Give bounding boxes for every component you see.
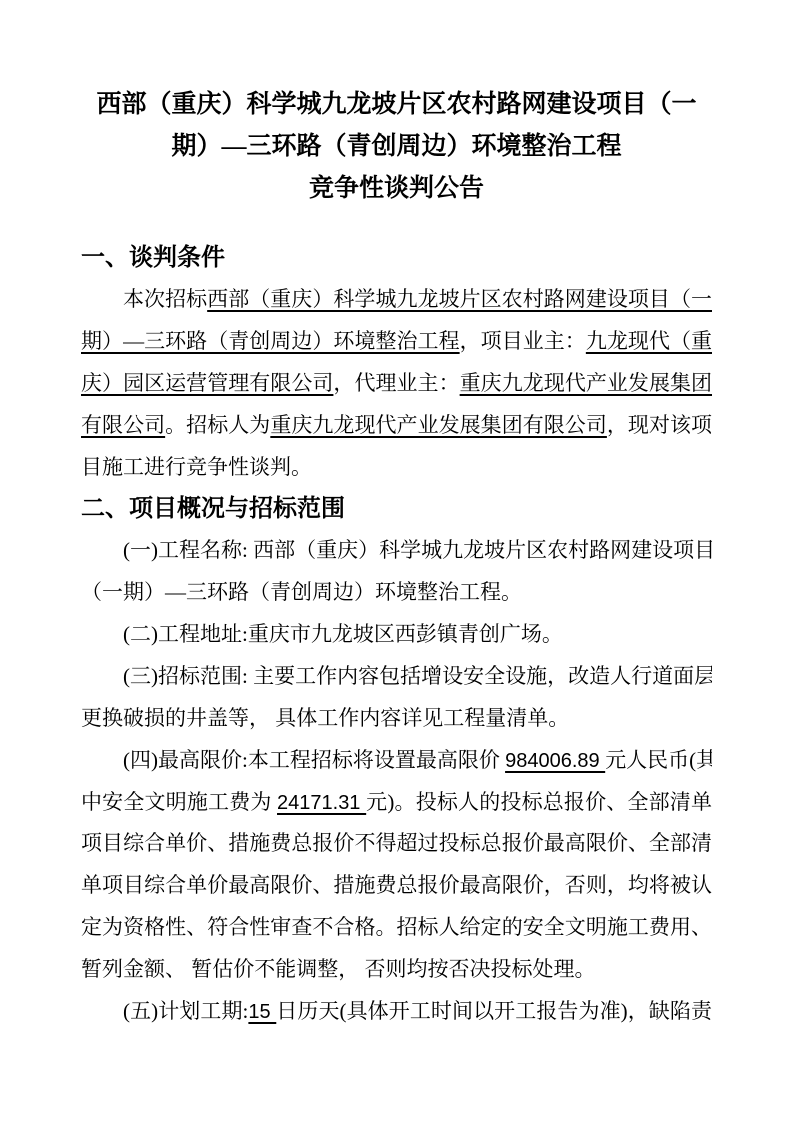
text-line: (二)工程地址:重庆市九龙坡区西彭镇青创广场。 (81, 614, 712, 656)
text-line: 目施工进行竞争性谈判。 (81, 447, 712, 489)
document-title-line-1: 西部（重庆）科学城九龙坡片区农村路网建设项目（一 (81, 84, 712, 126)
text-line: 中安全文明施工费为 24171.31 元)。投标人的投标总报价、全部清单 (81, 782, 712, 824)
text-segment: 元)。投标人的投标总报价、全部清单 (366, 790, 712, 814)
text-segment: ，项目业主： (460, 329, 586, 353)
text-line: 有限公司。招标人为重庆九龙现代产业发展集团有限公司，现对该项 (81, 405, 712, 447)
underlined-text: 重庆九龙现代产业发展集团 (460, 371, 712, 395)
section-heading: 二、项目概况与招标范围 (81, 489, 712, 531)
text-segment: ，代理业主： (333, 371, 459, 395)
text-segment: （一期）—三环路（青创周边）环境整治工程。 (81, 580, 522, 604)
text-segment: 中安全文明施工费为 (81, 790, 277, 814)
section-heading: 一、谈判条件 (81, 238, 712, 280)
document-title: 西部（重庆）科学城九龙坡片区农村路网建设项目（一 期）—三环路（青创周边）环境整… (81, 84, 712, 210)
text-line: (五)计划工期:15 日历天(具体开工时间以开工报告为准)，缺陷责 (81, 991, 712, 1033)
text-line: （一期）—三环路（青创周边）环境整治工程。 (81, 572, 712, 614)
text-segment: 。招标人为 (165, 413, 270, 437)
text-line: (四)最高限价:本工程招标将设置最高限价 984006.89 元人民币(其 (81, 740, 712, 782)
text-segment: 更换破损的井盖等， 具体工作内容详见工程量清单。 (81, 706, 569, 730)
document-body: 一、谈判条件本次招标西部（重庆）科学城九龙坡片区农村路网建设项目（一期）—三环路… (81, 238, 712, 1033)
text-segment: 定为资格性、符合性审查不合格。招标人给定的安全文明施工费用、 (81, 915, 712, 939)
underlined-text: 期）—三环路（青创周边）环境整治工程 (81, 329, 460, 353)
text-segment: (一)工程名称: 西部（重庆）科学城九龙坡片区农村路网建设项目 (123, 538, 712, 562)
text-line: 定为资格性、符合性审查不合格。招标人给定的安全文明施工费用、 (81, 907, 712, 949)
text-segment: (四)最高限价:本工程招标将设置最高限价 (123, 748, 505, 772)
text-segment: 日历天(具体开工时间以开工报告为准)，缺陷责 (276, 999, 712, 1023)
text-line: 单项目综合单价最高限价、措施费总报价最高限价，否则，均将被认 (81, 865, 712, 907)
text-segment: ，现对该项 (607, 413, 712, 437)
text-segment: 本次招标 (123, 287, 207, 311)
document-page: 西部（重庆）科学城九龙坡片区农村路网建设项目（一 期）—三环路（青创周边）环境整… (0, 0, 793, 1122)
document-title-line-3: 竞争性谈判公告 (81, 168, 712, 210)
text-segment: 单项目综合单价最高限价、措施费总报价最高限价，否则，均将被认 (81, 873, 712, 897)
text-segment: (三)招标范围: 主要工作内容包括增设安全设施，改造人行道面层， (123, 664, 712, 688)
document-title-line-2: 期）—三环路（青创周边）环境整治工程 (81, 126, 712, 168)
text-segment: 二、项目概况与招标范围 (81, 496, 345, 522)
text-segment: 暂列金额、 暂估价不能调整， 否则均按否决投标处理。 (81, 957, 596, 981)
text-segment: 目施工进行竞争性谈判。 (81, 455, 312, 479)
text-line: 项目综合单价、措施费总报价不得超过投标总报价最高限价、全部清 (81, 823, 712, 865)
underlined-text: 西部（重庆）科学城九龙坡片区农村路网建设项目（一 (207, 287, 712, 311)
text-segment: 元人民币(其 (605, 748, 712, 772)
number-value: 15 (248, 1001, 276, 1023)
text-segment: (五)计划工期: (123, 999, 248, 1023)
text-line: 本次招标西部（重庆）科学城九龙坡片区农村路网建设项目（一 (81, 279, 712, 321)
underlined-text: 有限公司 (81, 413, 165, 437)
text-line: 暂列金额、 暂估价不能调整， 否则均按否决投标处理。 (81, 949, 712, 991)
underlined-text: 庆）园区运营管理有限公司 (81, 371, 333, 395)
text-segment: 一、谈判条件 (81, 245, 225, 271)
text-line: 期）—三环路（青创周边）环境整治工程，项目业主：九龙现代（重 (81, 321, 712, 363)
underlined-text: 重庆九龙现代产业发展集团有限公司 (270, 413, 607, 437)
number-value: 24171.31 (277, 792, 366, 814)
underlined-text: 九龙现代（重 (586, 329, 712, 353)
number-value: 984006.89 (505, 750, 605, 772)
text-line: (三)招标范围: 主要工作内容包括增设安全设施，改造人行道面层， (81, 656, 712, 698)
text-line: 更换破损的井盖等， 具体工作内容详见工程量清单。 (81, 698, 712, 740)
text-line: 庆）园区运营管理有限公司，代理业主：重庆九龙现代产业发展集团 (81, 363, 712, 405)
text-segment: (二)工程地址:重庆市九龙坡区西彭镇青创广场。 (123, 622, 563, 646)
text-segment: 项目综合单价、措施费总报价不得超过投标总报价最高限价、全部清 (81, 831, 712, 855)
text-line: (一)工程名称: 西部（重庆）科学城九龙坡片区农村路网建设项目 (81, 530, 712, 572)
